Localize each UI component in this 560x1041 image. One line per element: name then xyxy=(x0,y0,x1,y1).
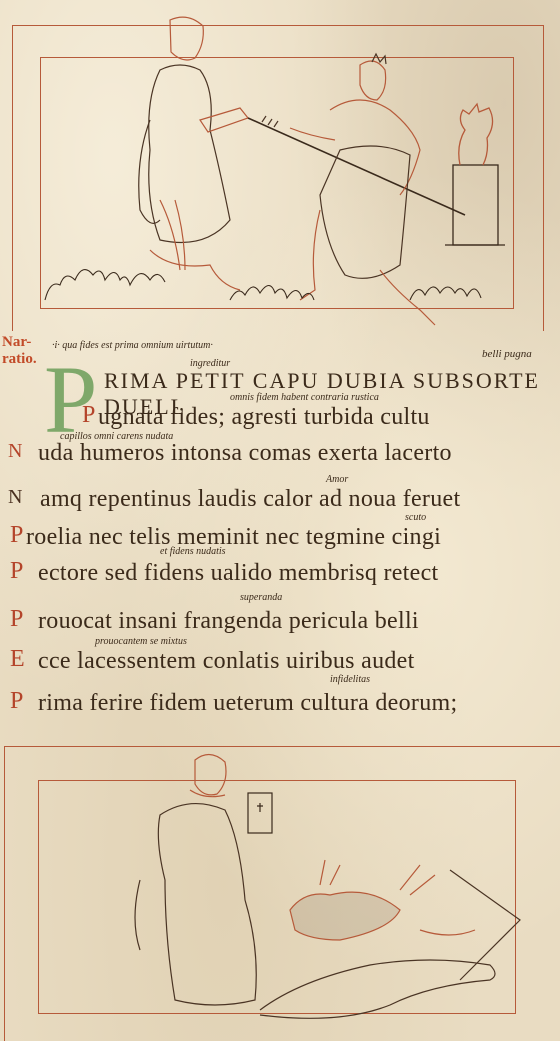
fides-figure-drawing xyxy=(0,0,560,340)
initial-line-4: N xyxy=(8,486,22,509)
initial-line-3: N xyxy=(8,440,22,463)
rubric-line-1: Nar- xyxy=(2,334,37,351)
gloss-line-8: prouocantem se mixtus xyxy=(95,636,187,647)
verse-line-6: ectore sed fidens ualido membrisq retect xyxy=(38,560,439,587)
initial-line-2: P xyxy=(82,402,95,429)
gloss-line-9: infidelitas xyxy=(330,674,370,685)
bottom-illustration xyxy=(0,720,560,1041)
verse-line-7: rouocat insani frangenda pericula belli xyxy=(38,608,419,635)
gloss-line-2: omnis fidem habent contraria rustica xyxy=(230,392,379,403)
verse-line-4: amq repentinus laudis calor ad noua feru… xyxy=(40,486,460,513)
gloss-line-7: superanda xyxy=(240,592,282,603)
top-illustration xyxy=(0,0,560,340)
verse-line-9: rima ferire fidem ueterum cultura deorum… xyxy=(38,690,457,717)
initial-line-6: P xyxy=(10,558,23,585)
verse-line-2: ugnata fides; agresti turbida cultu xyxy=(98,404,430,431)
rubric-line-2: ratio. xyxy=(2,351,37,368)
text-block: Nar- ratio. ·i· qua fides est prima omni… xyxy=(0,330,560,720)
fides-victory-drawing xyxy=(0,720,560,1041)
initial-line-8: E xyxy=(10,646,25,673)
margin-rubric: Nar- ratio. xyxy=(2,334,37,368)
gloss-line-6: et fidens nudatis xyxy=(160,546,226,557)
gloss-line-5: scuto xyxy=(405,512,426,523)
verse-line-3: uda humeros intonsa comas exerta lacerto xyxy=(38,440,452,467)
initial-line-9: P xyxy=(10,688,23,715)
initial-line-7: P xyxy=(10,606,23,633)
verse-line-5: roelia nec telis meminit nec tegmine cin… xyxy=(26,524,441,551)
verse-line-8: cce lacessentem conlatis uiribus audet xyxy=(38,648,415,675)
initial-line-5: P xyxy=(10,522,23,549)
right-margin-gloss: belli pugna xyxy=(482,348,532,360)
gloss-line-4: Amor xyxy=(326,474,348,485)
